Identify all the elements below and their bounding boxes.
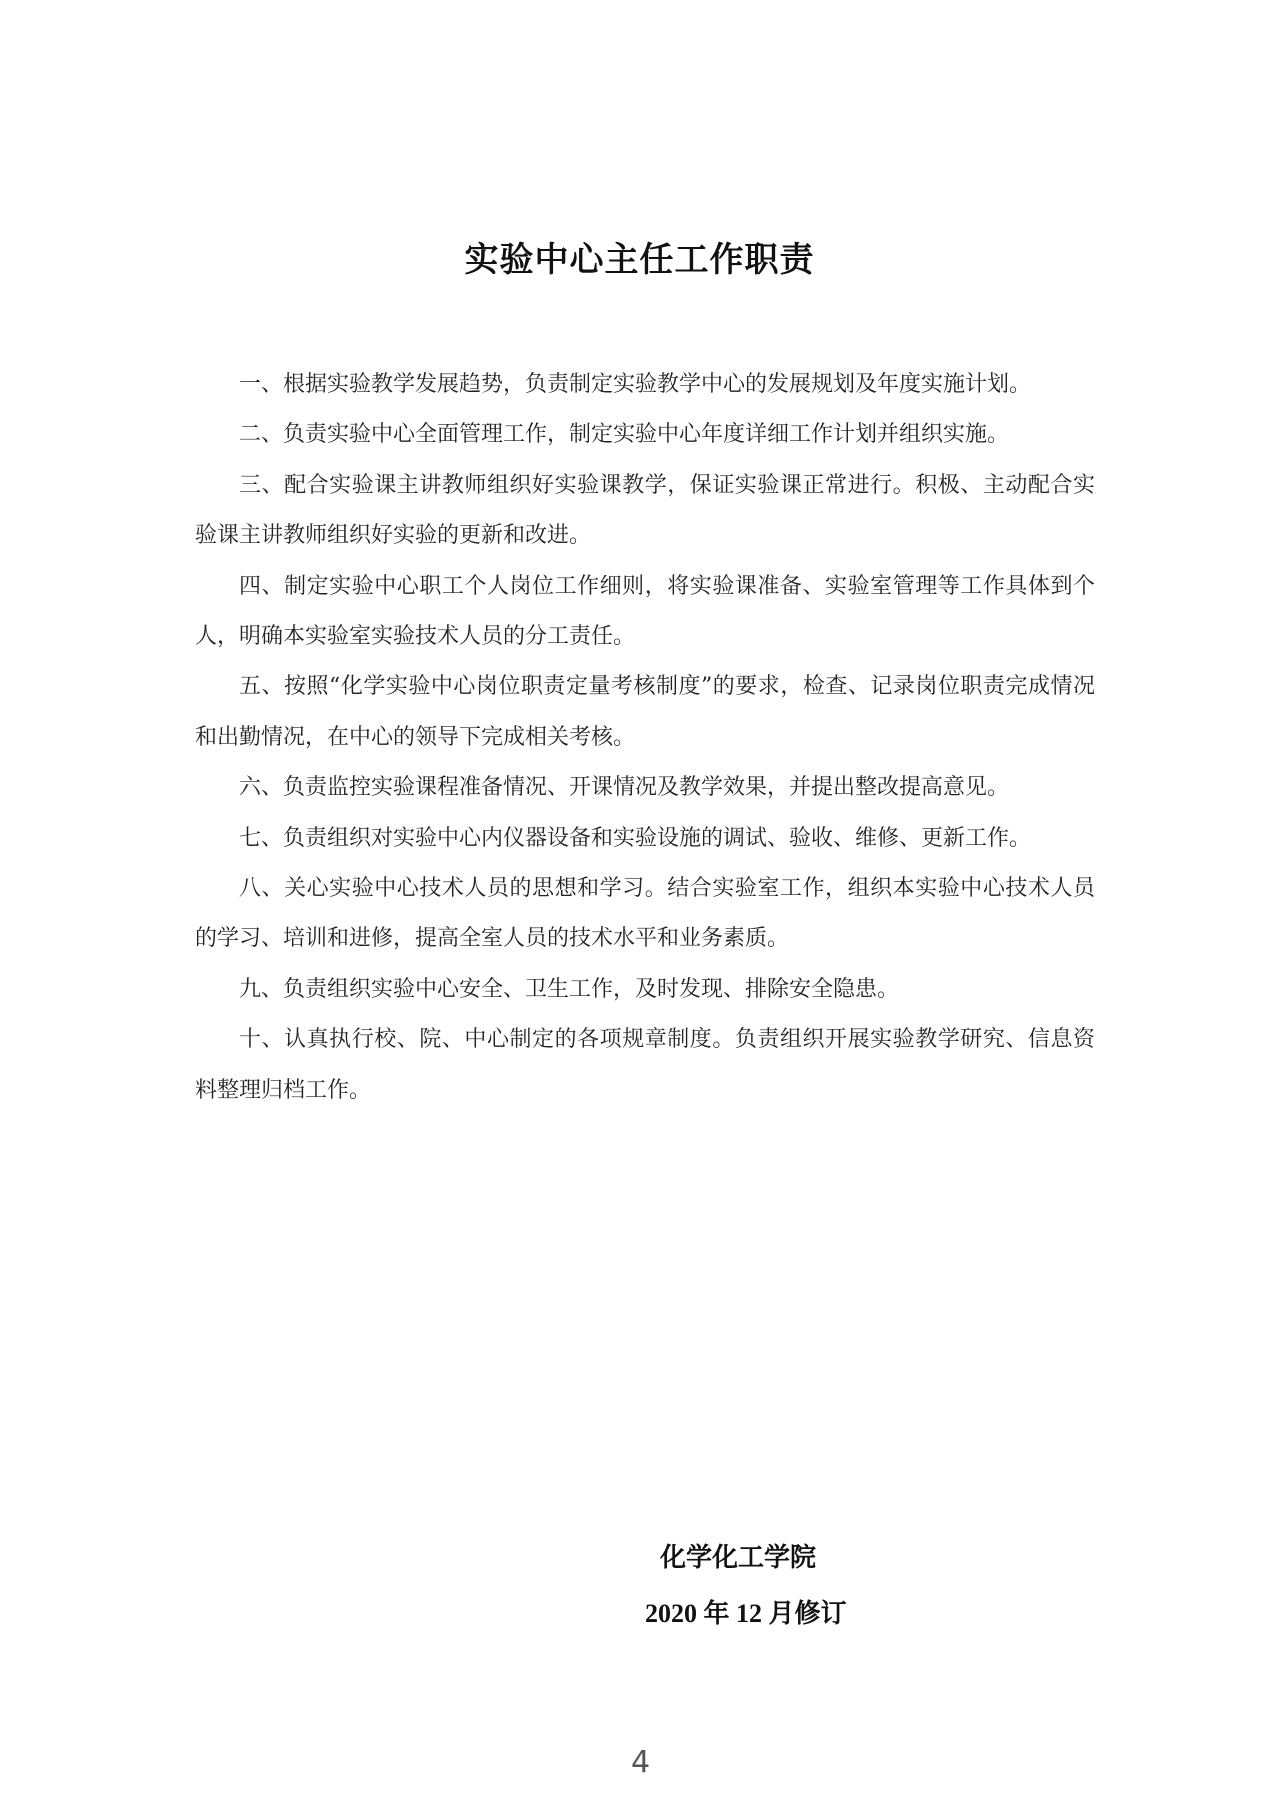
signature-date: 2020 年 12 月修订 bbox=[645, 1593, 847, 1630]
paragraph-5: 五、按照“化学实验中心岗位职责定量考核制度”的要求，检查、记录岗位职责完成情况和… bbox=[195, 662, 1095, 763]
paragraph-9: 九、负责组织实验中心安全、卫生工作，及时发现、排除安全隐患。 bbox=[195, 965, 1095, 1015]
paragraph-10: 十、认真执行校、院、中心制定的各项规章制度。负责组织开展实验教学研究、信息资料整… bbox=[195, 1015, 1095, 1116]
paragraph-4: 四、制定实验中心职工个人岗位工作细则，将实验课准备、实验室管理等工作具体到个人，… bbox=[195, 562, 1095, 663]
paragraph-2: 二、负责实验中心全面管理工作，制定实验中心年度详细工作计划并组织实施。 bbox=[195, 410, 1095, 460]
paragraph-8: 八、关心实验中心技术人员的思想和学习。结合实验室工作，组织本实验中心技术人员的学… bbox=[195, 864, 1095, 965]
document-body: 一、根据实验教学发展趋势，负责制定实验教学中心的发展规划及年度实施计划。 二、负… bbox=[195, 360, 1095, 1116]
paragraph-7: 七、负责组织对实验中心内仪器设备和实验设施的调试、验收、维修、更新工作。 bbox=[195, 814, 1095, 864]
paragraph-1: 一、根据实验教学发展趋势，负责制定实验教学中心的发展规划及年度实施计划。 bbox=[195, 360, 1095, 410]
page-number: 4 bbox=[631, 1745, 650, 1780]
page-title: 实验中心主任工作职责 bbox=[0, 232, 1279, 281]
paragraph-6: 六、负责监控实验课程准备情况、开课情况及教学效果，并提出整改提高意见。 bbox=[195, 763, 1095, 813]
paragraph-3: 三、配合实验课主讲教师组织好实验课教学，保证实验课正常进行。积极、主动配合实验课… bbox=[195, 461, 1095, 562]
signature-organization: 化学化工学院 bbox=[660, 1537, 816, 1574]
